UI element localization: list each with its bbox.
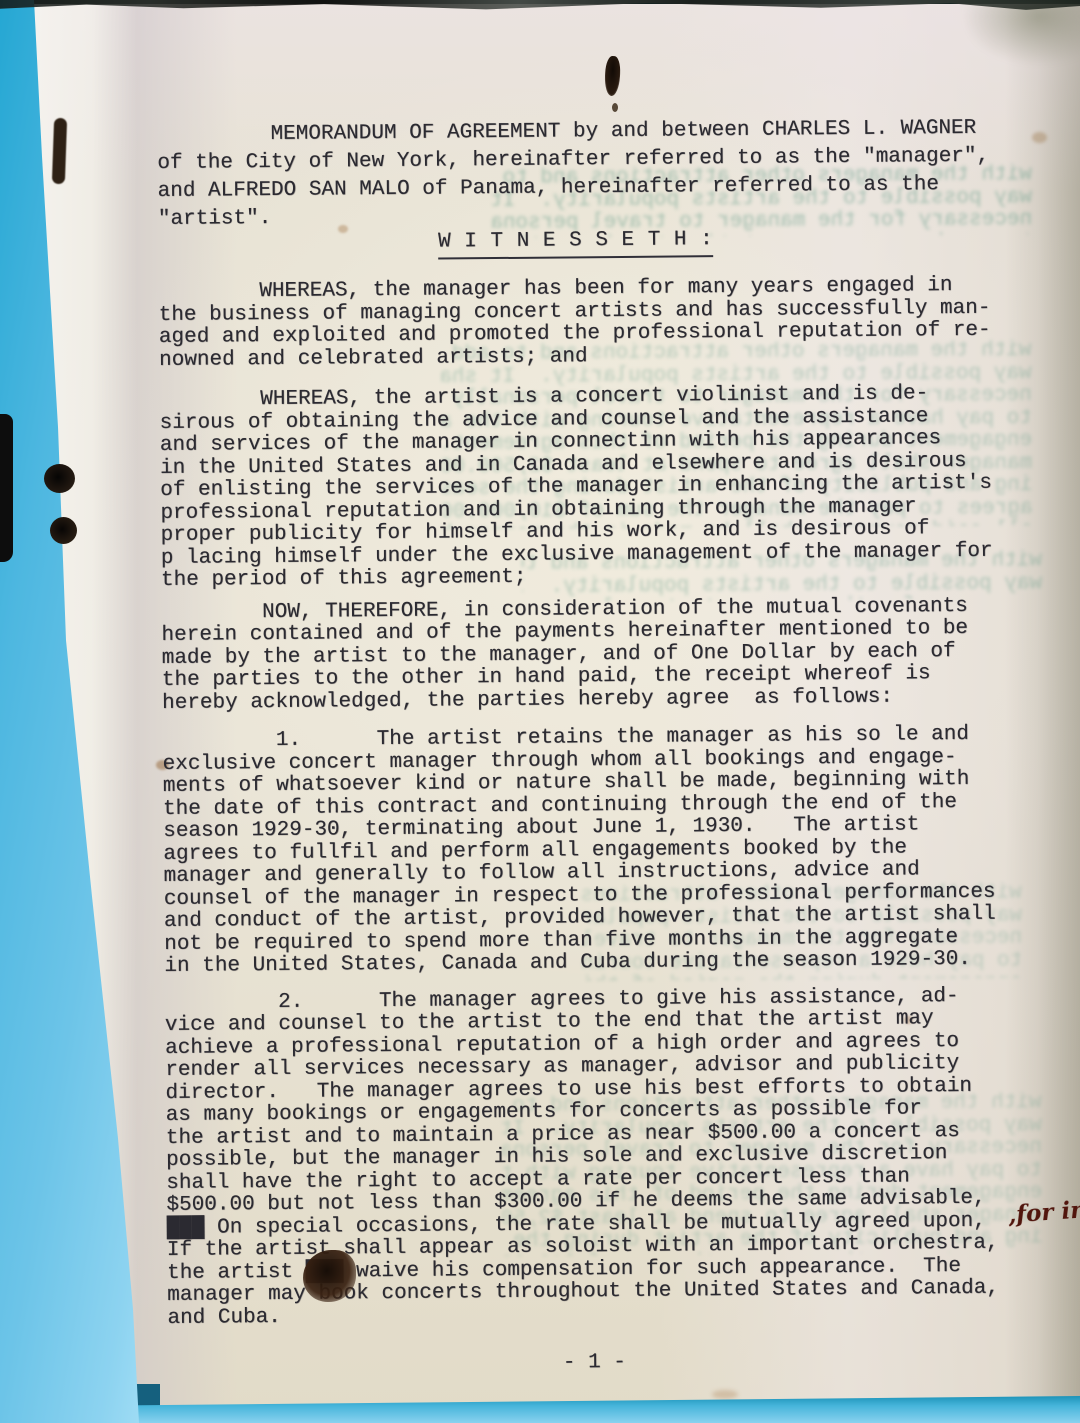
ink-blot-stain xyxy=(303,1250,356,1302)
opening-paragraph: MEMORANDUM OF AGREEMENT by and between C… xyxy=(157,114,1058,234)
scanned-page: with the managers other attractions and … xyxy=(0,0,1080,1423)
ink-drip-stain xyxy=(604,56,621,97)
page-number: - 1 - xyxy=(168,1348,1068,1378)
clause-2-paragraph: 2. The manager agrees to give his assist… xyxy=(165,985,1068,1330)
foxing-stain xyxy=(712,1390,738,1399)
paper-sheet: with the managers other attractions and … xyxy=(22,4,1080,1423)
scan-edge-shadow xyxy=(0,414,13,562)
whereas-manager-paragraph: WHEREAS, the manager has been for many y… xyxy=(158,274,1059,372)
whereas-artist-paragraph: WHEREAS, the artist is a concert violini… xyxy=(159,382,1061,592)
binding-hole xyxy=(44,464,75,493)
clause-1-paragraph: 1. The artist retains the manager as his… xyxy=(162,723,1064,978)
corner-smudge-stain xyxy=(962,4,1080,66)
typewritten-text: MEMORANDUM OF AGREEMENT by and between C… xyxy=(157,114,1068,1378)
ink-dot-stain xyxy=(612,103,618,112)
witnesseth-heading-text: W I T N E S S E T H : xyxy=(438,229,713,259)
now-therefore-paragraph: NOW, THEREFORE, in consideration of the … xyxy=(161,595,1062,715)
binding-hole xyxy=(50,517,77,544)
ink-stroke-mark xyxy=(52,118,67,184)
